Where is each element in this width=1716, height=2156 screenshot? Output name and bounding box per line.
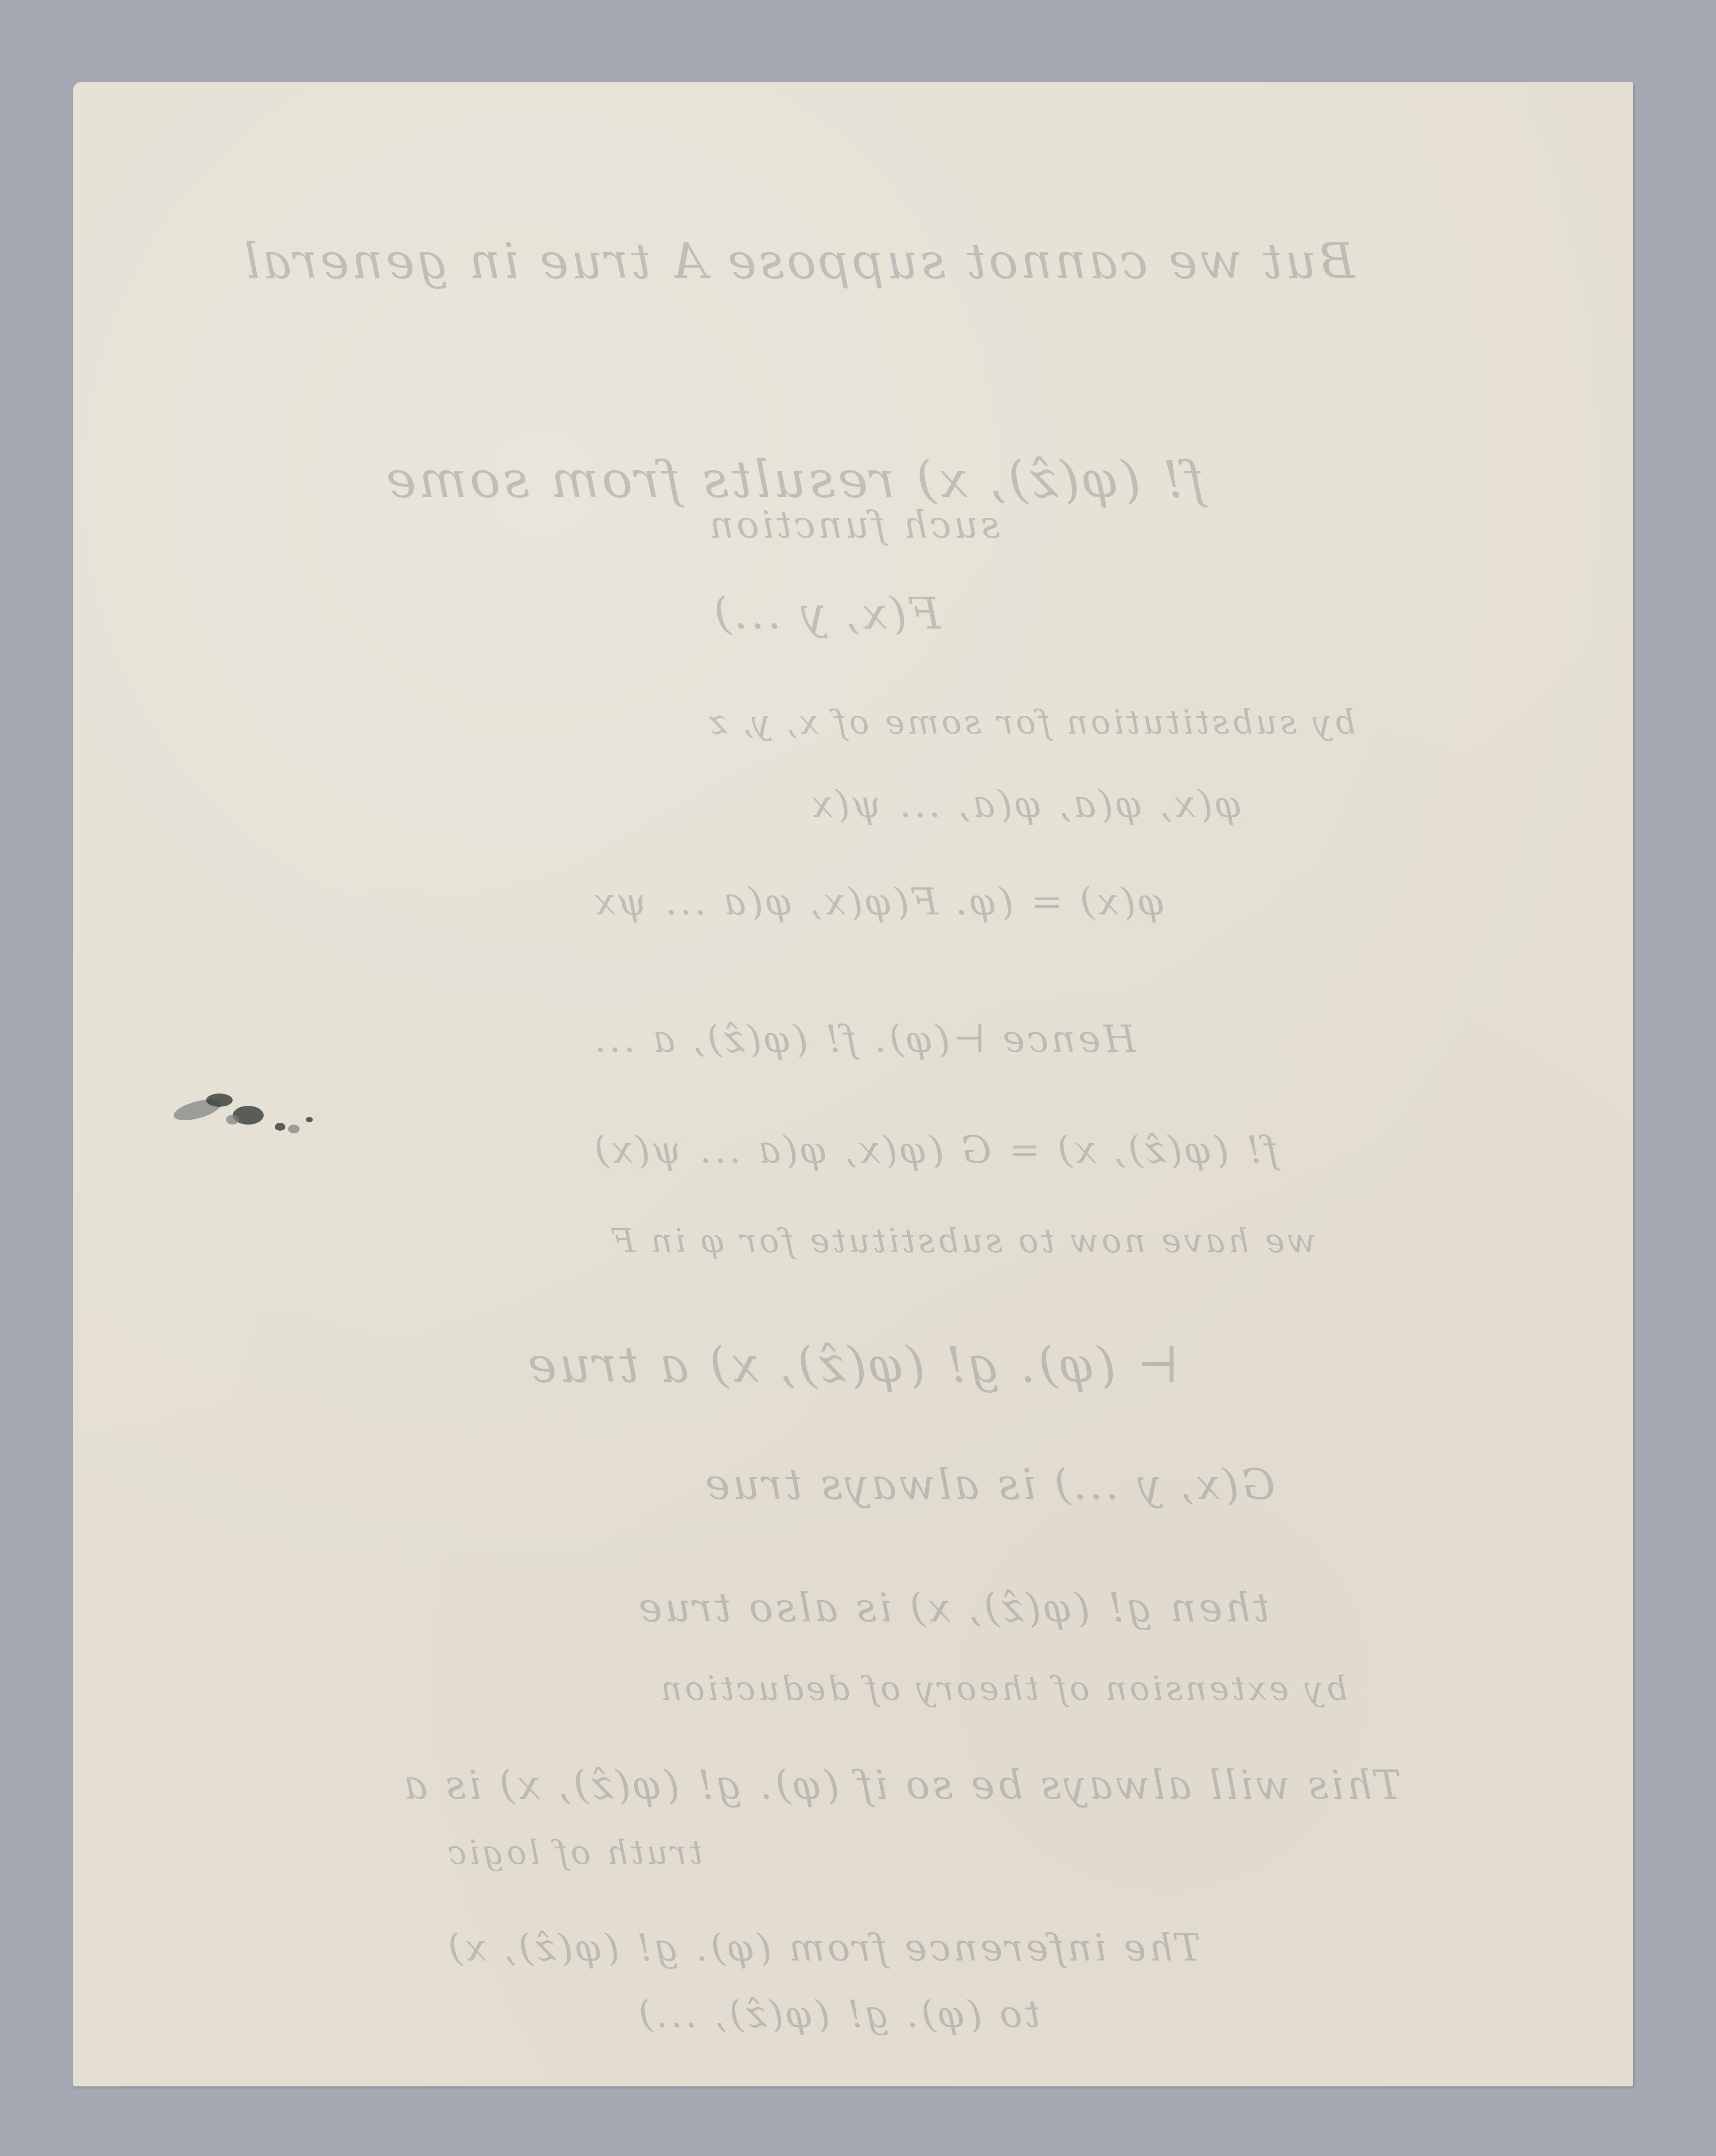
text-line-16: truth of logic: [445, 1833, 702, 1872]
text-line-9: f! (φ(ẑ), x) = G (φ(x, φ(a ... ψ(x): [592, 1128, 1278, 1172]
text-line-2: f! (φ(ẑ), x) results from some: [383, 450, 1205, 509]
text-line-5: by substitution for some of x, y, z: [707, 703, 1355, 742]
text-line-15: This will always be so if (φ). g! (φ(ẑ),…: [401, 1762, 1401, 1808]
text-line-1: But we cannot suppose A true in general: [242, 233, 1355, 289]
text-line-12: G(x, y ...) is always true: [702, 1461, 1275, 1509]
text-line-6: φ(x, φ(a, φ(a, ... ψ(x: [809, 782, 1242, 826]
text-line-17: The inference from (φ). g! (φ(ẑ), x): [445, 1926, 1201, 1970]
text-line-3: such function: [707, 503, 1000, 547]
manuscript-page: But we cannot suppose A true in general …: [73, 82, 1633, 2086]
text-line-13: then g! (φ(ẑ), x) is also true: [636, 1585, 1269, 1631]
text-line-8: Hence ⊢(φ). f! (φ(ẑ), a ...: [592, 1017, 1136, 1061]
text-line-11: ⊢ (φ). g! (φ(ẑ), x) a true: [525, 1336, 1179, 1393]
text-line-4: F(x, y ...): [711, 587, 940, 639]
text-line-10: we have now to substitute for φ in F: [609, 1221, 1316, 1260]
text-line-14: by extension of theory of deduction: [658, 1669, 1347, 1708]
text-line-18: to (φ). g! (φ(ẑ), ...): [636, 1992, 1040, 2036]
text-line-7: φ(x) = (φ. F(φ(x, φ(a ... ψx: [592, 880, 1165, 924]
